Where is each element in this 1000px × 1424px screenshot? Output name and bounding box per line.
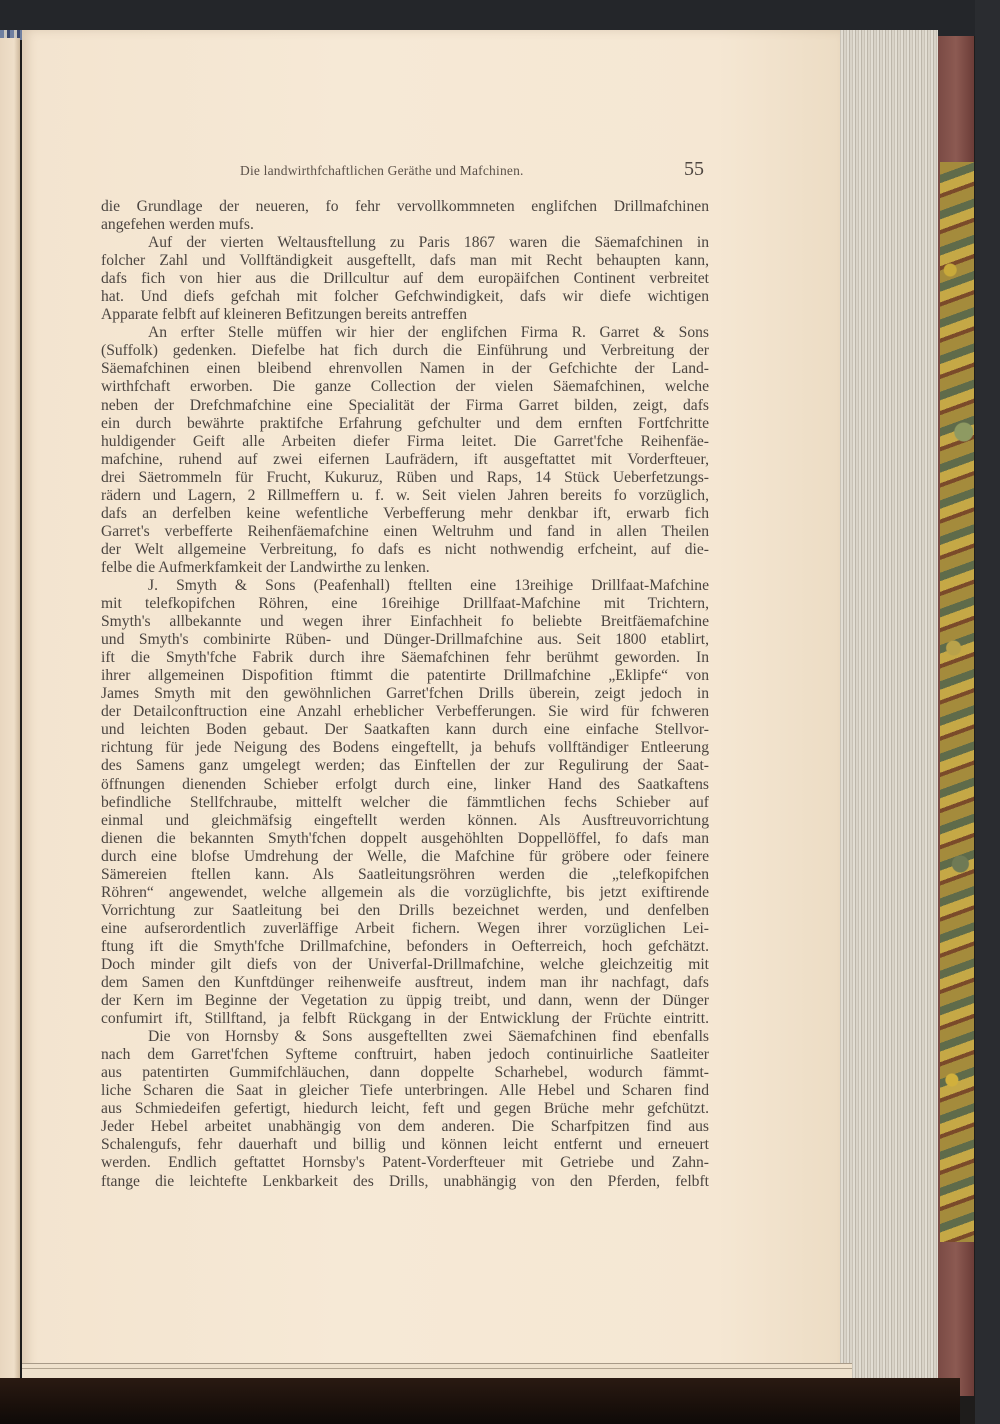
text-line: huldigender Geift alle Arbeiten diefer F… (101, 433, 709, 451)
text-line: James Smyth mit den gewöhnlichen Garret'… (101, 685, 709, 703)
text-line: rädern und Lagern, 2 Rillmeffern u. f. w… (101, 487, 709, 505)
text-line: der Detailconftruction eine Anzahl erheb… (101, 703, 709, 721)
text-line: und leichten Boden gebaut. Der Saatkafte… (101, 721, 709, 739)
text-line: ihrer allgemeinen Dispofition ftimmt die… (101, 667, 709, 685)
text-line: nach dem Garret'fchen Syfteme conftruirt… (101, 1046, 709, 1064)
text-line: Schalengufs, fehr dauerhaft und billig u… (101, 1136, 709, 1154)
text-line: liche Scharen die Saat in gleicher Tiefe… (101, 1082, 709, 1100)
text-line: drei Säetrommeln für Frucht, Kukuruz, Rü… (101, 469, 709, 487)
text-line: und Smyth's combinirte Rüben- und Dünger… (101, 631, 709, 649)
text-line: Garret's verbefferte Reihenfäemafchine e… (101, 523, 709, 541)
body-text: die Grundlage der neueren, fo fehr vervo… (101, 198, 709, 1191)
text-line: ftung ift die Smyth'fche Drillmafchine, … (101, 938, 709, 956)
text-line: dem Samen den Kunftdünger reihenweife au… (101, 974, 709, 992)
text-line: angefehen werden mufs. (101, 216, 709, 234)
text-line: Vorrichtung zur Saatleitung bei den Dril… (101, 902, 709, 920)
text-line: folcher Zahl und Vollftändigkeit ausgeft… (101, 252, 709, 270)
text-line: mit telefkopifchen Röhren, eine 16reihig… (101, 595, 709, 613)
text-line: mafchine, ruhend auf zwei eifernen Laufr… (101, 451, 709, 469)
text-line: ftange die leichtefte Lenkbarkeit des Dr… (101, 1173, 709, 1191)
text-line: durch eine blofse Umdrehung der Welle, d… (101, 848, 709, 866)
text-line: J. Smyth & Sons (Peafenhall) ftellten ei… (101, 577, 709, 595)
text-line: neben der Drefchmafchine eine Specialitä… (101, 397, 709, 415)
text-line: (Suffolk) gedenken. Diefelbe hat fich du… (101, 342, 709, 360)
page-bottom-edge (22, 1363, 852, 1378)
text-line: öffnungen dienenden Schieber erfolgt dur… (101, 776, 709, 794)
text-line: richtung für jede Neigung des Bodens ein… (101, 739, 709, 757)
running-head: Die landwirthfchaftlichen Geräthe und Ma… (240, 163, 560, 179)
text-line: des Samens ganz umgelegt werden; das Ein… (101, 757, 709, 775)
text-line: ift die Smyth'fche Fabrik durch ihre Säe… (101, 649, 709, 667)
text-line: werden. Endlich geftattet Hornsby's Pate… (101, 1154, 709, 1172)
text-line: ein durch bewährte praktifche Erfahrung … (101, 415, 709, 433)
text-line: Doch minder gilt diefs von der Univerfal… (101, 956, 709, 974)
text-line: befindliche Stellfchraube, mittelft welc… (101, 794, 709, 812)
facing-page-edge (0, 38, 20, 1380)
text-line: wirthfchaft erworben. Die ganze Collecti… (101, 378, 709, 396)
text-line: der Kern im Beginne der Vegetation zu üp… (101, 992, 709, 1010)
text-line: Röhren“ angewendet, welche allgemein als… (101, 884, 709, 902)
text-line: dafs fich von hier aus die Drillcultur a… (101, 270, 709, 288)
text-line: Jeder Hebel arbeitet unabhängig von dem … (101, 1118, 709, 1136)
text-line: Sämereien ftellen kann. Als Saatleitungs… (101, 866, 709, 884)
text-line: der Welt allgemeine Verbreitung, fo dafs… (101, 541, 709, 559)
text-line: hat. Und diefs gefchah mit folcher Gefch… (101, 288, 709, 306)
book-bottom-board (0, 1378, 960, 1424)
text-line: dienen die bekannten Smyth'fchen doppelt… (101, 830, 709, 848)
text-line: die Grundlage der neueren, fo fehr vervo… (101, 198, 709, 216)
text-line: Apparate felbft auf kleineren Befitzunge… (101, 306, 709, 324)
text-line: felbe die Aufmerkfamkeit der Landwirthe … (101, 559, 709, 577)
text-line: An erfter Stelle müffen wir hier der eng… (101, 324, 709, 342)
book-cover-marbled-paper (940, 162, 974, 1242)
text-line: confumirt ift, Stillftand, ja felbft Rüc… (101, 1010, 709, 1028)
text-line: Die von Hornsby & Sons ausgeftellten zwe… (101, 1028, 709, 1046)
text-line: aus Schmiedeifen gefertigt, hiedurch lei… (101, 1100, 709, 1118)
text-line: eine aufserordentlich zuverläffige Arbei… (101, 920, 709, 938)
page-block-fore-edge (838, 30, 938, 1385)
page-number: 55 (684, 158, 704, 181)
text-line: Säemafchinen einen bleibend ehrenvollen … (101, 360, 709, 378)
text-line: aus patentirten Gummifchläuchen, dann do… (101, 1064, 709, 1082)
text-line: Smyth's allbekannte und wegen ihrer Einf… (101, 613, 709, 631)
text-line: Auf der vierten Weltausftellung zu Paris… (101, 234, 709, 252)
text-line: dafs an derfelben keine wefentliche Verb… (101, 505, 709, 523)
background-right (975, 0, 1000, 1424)
text-line: einmal und gleichmäfsig eingeftellt werd… (101, 812, 709, 830)
